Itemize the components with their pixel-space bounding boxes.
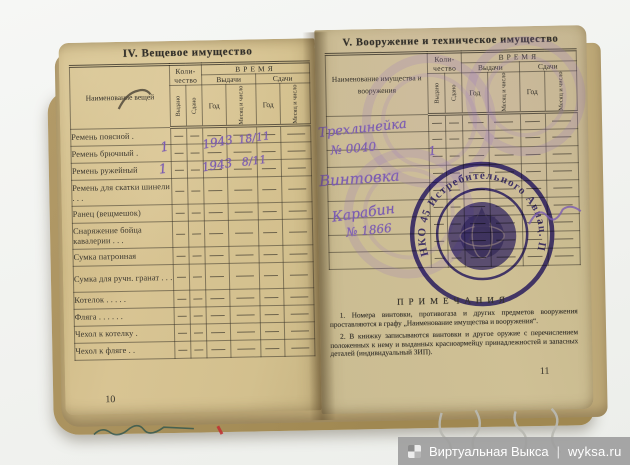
table-row: Чехол к фляге . .	[75, 339, 315, 361]
page-number-right: 11	[540, 366, 550, 377]
col-header-qty: Коли- чество	[169, 64, 201, 86]
clothing-table: Наименование вещей Коли- чество ВРЕМЯ Вы…	[69, 60, 316, 361]
col-header-issued: Выдано	[428, 73, 446, 114]
note-2: 2. В книжку записываются винтовки и друг…	[330, 328, 578, 359]
page-number-left: 10	[105, 394, 115, 405]
col-header-returned: Сдано	[186, 85, 203, 127]
watermark-site-name: Виртуальная Выкса	[429, 444, 549, 459]
col-header-month-return: Месяц и число	[280, 83, 311, 126]
col-header-year-return: Год	[519, 71, 545, 112]
col-header-month-issue: Месяц и число	[487, 72, 520, 114]
watermark-domain: wyksa.ru	[568, 444, 622, 459]
note-1: 1. Номера винтовки, противогаза и других…	[330, 307, 578, 329]
red-army-booklet: IV. Вещевое имущество Наименование вещей…	[46, 17, 610, 436]
col-header-month-return: Месяц и число	[545, 71, 578, 113]
table-row	[329, 248, 580, 270]
col-header-returned: Сдано	[445, 73, 463, 114]
col-header-issued: Выдано	[170, 85, 187, 127]
left-page: IV. Вещевое имущество Наименование вещей…	[58, 38, 321, 415]
armament-table: Наименование имущества и вооружения Коли…	[325, 48, 581, 270]
col-header-name: Наименование имущества и вооружения	[325, 53, 428, 117]
col-header-year-issue: Год	[462, 72, 488, 113]
col-header-year-return: Год	[256, 83, 281, 125]
left-page-title: IV. Вещевое имущество	[69, 44, 307, 61]
col-header-year-issue: Год	[202, 84, 227, 126]
notes-heading: ПРИМЕЧАНИЯ	[329, 293, 577, 308]
col-header-qty: Коли- чество	[427, 52, 461, 74]
watermark-separator: |	[557, 444, 560, 459]
wyksa-logo-icon	[408, 445, 421, 458]
watermark-bar: Виртуальная Выкса | wyksa.ru	[398, 437, 630, 465]
right-page-title: V. Вооружение и техническое имущество	[324, 33, 576, 49]
col-header-month-issue: Месяц и число	[226, 84, 257, 127]
col-header-name: Наименование вещей	[69, 65, 170, 130]
notes-section: ПРИМЕЧАНИЯ 1. Номера винтовки, противога…	[329, 293, 578, 363]
right-page: V. Вооружение и техническое имущество На…	[314, 25, 593, 414]
